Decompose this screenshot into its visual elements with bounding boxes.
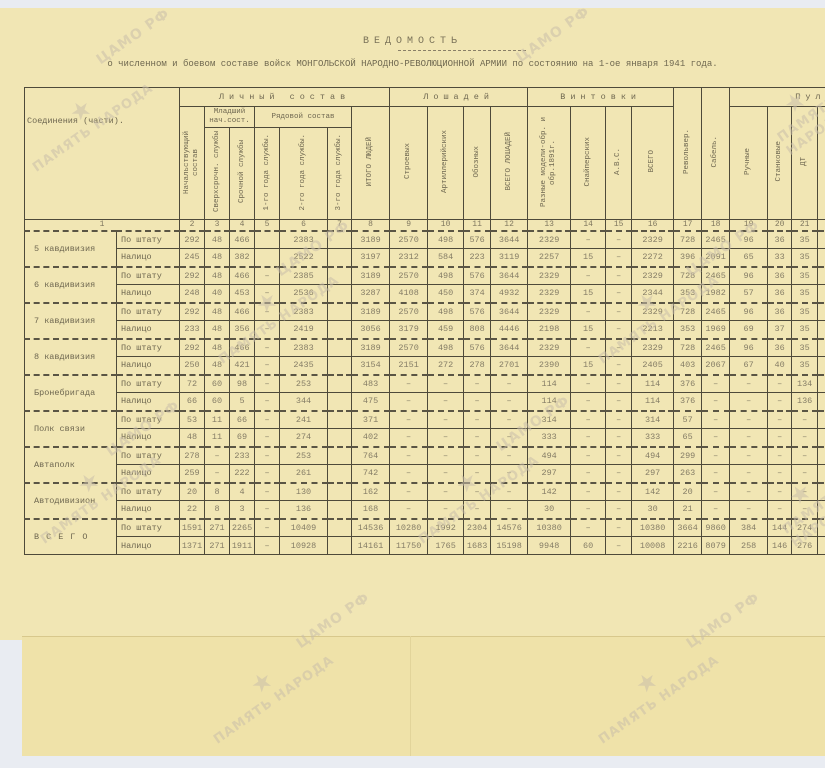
value-cell: 261 [280,465,328,483]
value-cell: – [255,537,280,555]
value-cell: 162 [352,483,390,501]
status-label: Налицо [117,393,180,411]
status-label: По штату [117,339,180,357]
value-cell: 382 [230,249,255,267]
value-cell: 130 [280,483,328,501]
value-cell: 15 [571,285,606,303]
subgroup-rank-file: Рядовой состав [255,107,352,128]
status-label: Налицо [117,249,180,267]
value-cell: 3056 [352,321,390,339]
table-row: БронебригадаПо штату726098–253483––––114… [25,375,825,393]
status-label: По штату [117,519,180,537]
value-cell: 3 [230,501,255,519]
value-cell: 278 [180,447,205,465]
value-cell: 3189 [352,339,390,357]
value-cell: – [255,393,280,411]
value-cell: 1371 [180,537,205,555]
value-cell [328,501,352,519]
column-numbers-row: 1 2 3 4 5 6 7 8 9 10 11 12 13 14 15 16 1… [25,220,825,231]
value-cell: 271 [205,519,230,537]
value-cell: – [818,303,825,321]
value-cell: 10380 [528,519,571,537]
value-cell: 67 [730,357,768,375]
value-cell: 1969 [702,321,730,339]
col-sniper-rifles: Снайперских [571,107,606,220]
value-cell: 114 [632,393,674,411]
value-cell: 333 [528,429,571,447]
group-personnel: Личный состав [180,88,390,107]
value-cell: 576 [464,267,491,285]
value-cell: 353 [674,321,702,339]
table-row: АвтодивизионПо штату2084–130162––––142––… [25,483,825,501]
value-cell: 1911 [230,537,255,555]
status-label: По штату [117,375,180,393]
value-cell: 292 [180,231,205,249]
value-cell: 14576 [491,519,528,537]
value-cell: 245 [180,249,205,267]
value-cell [328,267,352,285]
unit-name: Бронебригада [25,375,117,411]
value-cell: 35 [792,249,818,267]
value-cell: 1992 [428,519,464,537]
value-cell: 144 [768,519,792,537]
value-cell: – [255,339,280,357]
value-cell: – [571,303,606,321]
value-cell: – [464,375,491,393]
table-row: 8 кавдивизияПо штату29248466–23833189257… [25,339,825,357]
value-cell: – [255,519,280,537]
value-cell: 2312 [390,249,428,267]
value-cell: – [702,411,730,429]
value-cell: 808 [464,321,491,339]
value-cell: – [491,465,528,483]
value-cell: – [818,447,825,465]
value-cell: 272 [428,357,464,375]
value-cell: 40 [205,285,230,303]
value-cell: 48 [205,357,230,375]
table-row: Налицо25048421–2435315421512722782701239… [25,357,825,375]
value-cell: 2257 [528,249,571,267]
value-cell: – [792,429,818,447]
value-cell: 466 [230,231,255,249]
value-cell: – [606,483,632,501]
value-cell [328,303,352,321]
value-cell: 20 [674,483,702,501]
value-cell: 48 [205,249,230,267]
table-row: Налицо259–222–261742––––297––297263–––––… [25,465,825,483]
value-cell: 57 [730,285,768,303]
value-cell: – [702,465,730,483]
value-cell: – [818,267,825,285]
value-cell: – [606,465,632,483]
value-cell: 2522 [280,249,328,267]
value-cell: – [768,375,792,393]
value-cell: 2151 [390,357,428,375]
value-cell: – [464,501,491,519]
value-cell: – [768,447,792,465]
value-cell: 728 [674,339,702,357]
value-cell: 2570 [390,267,428,285]
value-cell: 33 [768,249,792,267]
value-cell: 1683 [464,537,491,555]
value-cell: – [606,285,632,303]
value-cell: 2213 [632,321,674,339]
value-cell: – [818,483,825,501]
value-cell: 36 [768,267,792,285]
value-cell: 5 [230,393,255,411]
value-cell: 57 [674,411,702,429]
value-cell: 8 [205,483,230,501]
value-cell: – [428,465,464,483]
value-cell: 35 [792,285,818,303]
col-sabres: Сабель. [702,88,730,220]
value-cell: 48 [180,429,205,447]
value-cell: – [818,357,825,375]
value-cell: 9860 [702,519,730,537]
value-cell: – [768,501,792,519]
value-cell: 2385 [280,267,328,285]
col-dp-mg: ДП [818,107,825,220]
value-cell: 96 [730,303,768,321]
value-cell: – [818,231,825,249]
value-cell [328,339,352,357]
value-cell: 3287 [352,285,390,303]
value-cell [255,231,280,249]
value-cell: – [390,429,428,447]
value-cell: – [464,411,491,429]
value-cell: 576 [464,231,491,249]
value-cell: 1982 [702,285,730,303]
value-cell: – [606,231,632,249]
value-cell: 60 [205,393,230,411]
value-cell: – [702,429,730,447]
value-cell: 222 [230,465,255,483]
value-cell [328,429,352,447]
value-cell: – [571,375,606,393]
value-cell: 2383 [280,303,328,321]
value-cell: 403 [674,357,702,375]
value-cell: – [792,483,818,501]
value-cell: 146 [768,537,792,555]
value-cell: – [491,375,528,393]
value-cell: 248 [180,285,205,303]
value-cell: 2390 [528,357,571,375]
value-cell: 15 [571,249,606,267]
value-cell: – [792,465,818,483]
value-cell: 10008 [632,537,674,555]
value-cell: 3664 [674,519,702,537]
value-cell: 36 [768,285,792,303]
value-cell: 35 [792,267,818,285]
value-cell: 35 [792,357,818,375]
value-cell: – [818,393,825,411]
value-cell: 274 [280,429,328,447]
value-cell: 2329 [632,303,674,321]
value-cell: 3189 [352,231,390,249]
value-cell: 4932 [491,285,528,303]
value-cell: 2329 [528,339,571,357]
status-label: Налицо [117,537,180,555]
value-cell: 483 [352,375,390,393]
value-cell: – [464,483,491,501]
unit-name: 5 кавдивизия [25,231,117,267]
document-subtitle: о численном и боевом составе войск МОНГО… [0,59,825,69]
value-cell: 356 [230,321,255,339]
value-cell: – [792,501,818,519]
value-cell: 2067 [702,357,730,375]
value-cell: – [768,465,792,483]
value-cell: 14536 [352,519,390,537]
value-cell: 4 [230,483,255,501]
value-cell: 4108 [390,285,428,303]
value-cell: 258 [730,537,768,555]
status-label: Налицо [117,285,180,303]
value-cell: 2329 [528,231,571,249]
value-cell: 96 [730,231,768,249]
value-cell: – [606,339,632,357]
status-label: По штату [117,483,180,501]
value-cell: 384 [730,519,768,537]
table-row: 7 кавдивизияПо штату29248466–23833189257… [25,303,825,321]
table-row: ВСЕГОПо штату15912712265–104091453610280… [25,519,825,537]
value-cell: – [768,429,792,447]
value-cell: – [571,429,606,447]
value-cell: 2570 [390,339,428,357]
value-cell: 253 [280,447,328,465]
value-cell: – [606,519,632,537]
value-cell: 742 [352,465,390,483]
value-cell: 36 [768,231,792,249]
value-cell: 466 [230,267,255,285]
value-cell: 168 [352,501,390,519]
value-cell: 48 [205,303,230,321]
value-cell: 60 [205,375,230,393]
table-row: Налицо24840453–2536328741084503744932232… [25,285,825,303]
value-cell: 2465 [702,303,730,321]
value-cell: – [571,411,606,429]
col-transport-horses: Обозных [464,107,491,220]
table-row: Полк связиПо штату531166–241371––––314––… [25,411,825,429]
value-cell: 96 [730,339,768,357]
value-cell [255,249,280,267]
value-cell: 35 [792,303,818,321]
value-cell: 764 [352,447,390,465]
value-cell: 2329 [528,285,571,303]
value-cell: 30 [528,501,571,519]
value-cell [328,357,352,375]
value-cell: – [491,411,528,429]
value-cell: – [491,429,528,447]
value-cell: 10280 [390,519,428,537]
value-cell: – [730,483,768,501]
table-row: 5 кавдивизияПо штату29248466238331892570… [25,231,825,249]
value-cell: – [818,339,825,357]
table-row: АвтаполкПо штату278–233–253764––––494––4… [25,447,825,465]
value-cell: 297 [528,465,571,483]
value-cell: 11 [205,411,230,429]
value-cell: 142 [528,483,571,501]
value-cell: – [730,375,768,393]
value-cell: – [702,447,730,465]
value-cell: – [428,429,464,447]
value-cell: – [390,393,428,411]
value-cell: – [606,447,632,465]
status-label: По штату [117,303,180,321]
value-cell: – [792,411,818,429]
value-cell: – [768,483,792,501]
value-cell: 48 [205,231,230,249]
title-underline [398,50,526,51]
value-cell [328,321,352,339]
unit-name: 6 кавдивизия [25,267,117,303]
value-cell: 10928 [280,537,328,555]
status-label: Налицо [117,429,180,447]
value-cell: 2701 [491,357,528,375]
value-cell [328,375,352,393]
value-cell: – [606,249,632,267]
value-cell: 96 [730,267,768,285]
value-cell: 2383 [280,339,328,357]
status-label: По штату [117,447,180,465]
value-cell: – [390,447,428,465]
value-cell: 728 [674,303,702,321]
value-cell: – [390,375,428,393]
value-cell: – [428,375,464,393]
value-cell: 2304 [464,519,491,537]
unit-column-header: Соединения (части). [25,88,180,220]
value-cell: 48 [205,321,230,339]
value-cell: – [730,393,768,411]
value-cell: 371 [352,411,390,429]
value-cell: – [818,321,825,339]
col-3rd-year: 3-го года службы. [328,128,352,220]
group-rifles: Винтовки [528,88,674,107]
value-cell: – [702,483,730,501]
status-label: По штату [117,267,180,285]
value-cell: 494 [632,447,674,465]
value-cell: – [255,411,280,429]
value-cell: – [818,285,825,303]
value-cell: 453 [230,285,255,303]
value-cell [328,465,352,483]
value-cell: 498 [428,231,464,249]
value-cell: – [428,447,464,465]
value-cell: 66 [180,393,205,411]
value-cell: 8 [205,501,230,519]
value-cell: – [255,501,280,519]
value-cell: – [255,375,280,393]
value-cell: 2329 [528,303,571,321]
value-cell: – [255,285,280,303]
document-title: ВЕДОМОСТЬ [0,36,825,47]
value-cell: 2091 [702,249,730,267]
value-cell: 376 [674,393,702,411]
value-cell [328,519,352,537]
value-cell: – [818,429,825,447]
unit-name: Автодивизион [25,483,117,519]
value-cell: 466 [230,339,255,357]
value-cell: 2570 [390,303,428,321]
value-cell: – [606,321,632,339]
col-2nd-year: 2-го года службы. [280,128,328,220]
col-regular-service: Срочной службы [230,128,255,220]
value-cell: 2465 [702,339,730,357]
value-cell: 263 [674,465,702,483]
group-machineguns: Пулеметы [730,88,825,107]
value-cell: 136 [792,393,818,411]
value-cell: – [818,537,825,555]
value-cell: 15 [571,321,606,339]
value-cell: 14161 [352,537,390,555]
value-cell: 36 [768,339,792,357]
col-light-mg: Ручные [730,107,768,220]
value-cell: – [606,303,632,321]
col-avs-rifles: А.В.С. [606,107,632,220]
value-cell: 2216 [674,537,702,555]
value-cell: – [571,447,606,465]
paper-fold [410,636,411,756]
value-cell: – [571,231,606,249]
value-cell: 136 [280,501,328,519]
value-cell: 259 [180,465,205,483]
table-row: Налицо66605–344475––––114––114376–––136–… [25,393,825,411]
value-cell: 396 [674,249,702,267]
value-cell: 292 [180,303,205,321]
value-cell: 2465 [702,267,730,285]
value-cell: 233 [230,447,255,465]
value-cell: – [390,483,428,501]
value-cell: 53 [180,411,205,429]
value-cell [328,285,352,303]
value-cell: 2272 [632,249,674,267]
value-cell: 66 [230,411,255,429]
value-cell: – [428,501,464,519]
value-cell: 2405 [632,357,674,375]
col-dt-mg: ДТ [792,107,818,220]
value-cell: 15198 [491,537,528,555]
value-cell: – [730,465,768,483]
value-cell: 2329 [632,339,674,357]
value-cell: 65 [730,249,768,267]
value-cell: 20 [180,483,205,501]
group-horses: Лошадей [390,88,528,107]
value-cell: 2344 [632,285,674,303]
value-cell: – [255,303,280,321]
value-cell: 3644 [491,303,528,321]
value-cell: 2465 [702,231,730,249]
value-cell: – [730,447,768,465]
col-rifles-various: Разные модели-обр. и обр.1891г. [528,107,571,220]
value-cell: 2329 [632,231,674,249]
value-cell: 72 [180,375,205,393]
unit-name: Полк связи [25,411,117,447]
value-cell: 292 [180,267,205,285]
value-cell: 299 [674,447,702,465]
value-cell: 60 [571,537,606,555]
value-cell: – [571,501,606,519]
value-cell: – [428,483,464,501]
col-revolvers: Револьвер. [674,88,702,220]
status-label: По штату [117,231,180,249]
value-cell: 274 [792,519,818,537]
value-cell: 35 [792,339,818,357]
value-cell: 2570 [390,231,428,249]
value-cell: 376 [674,375,702,393]
value-cell [328,537,352,555]
value-cell: – [606,267,632,285]
unit-name: Автаполк [25,447,117,483]
col-total-rifles: ВСЕГО [632,107,674,220]
